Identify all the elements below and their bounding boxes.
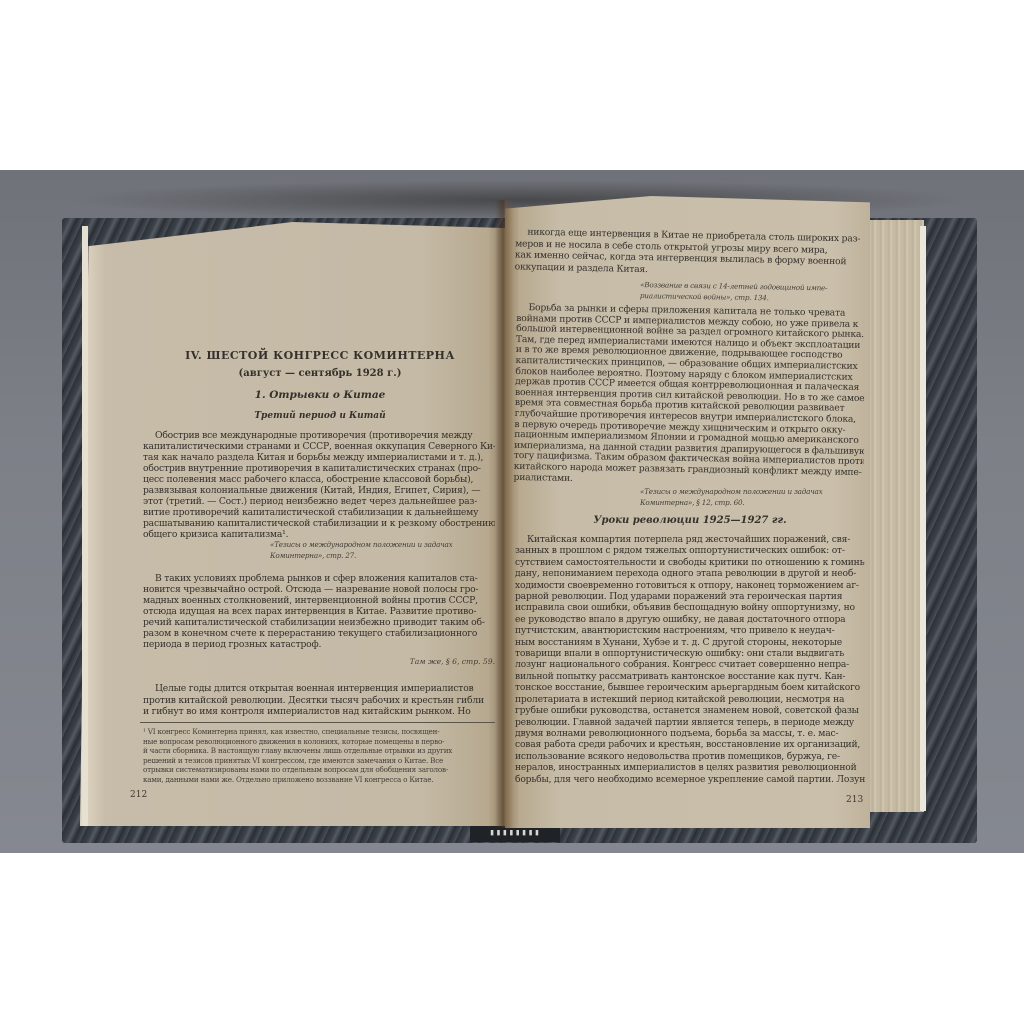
text-line: ные вопросам революционного движения в к… [143, 737, 495, 747]
text-line: ным восстаниям в Хунани, Хубэе и т. д. С… [515, 637, 865, 648]
text-line: революции. Главной задачей партии являет… [515, 717, 865, 728]
text-line: использование всякого недовольства проти… [515, 751, 865, 762]
text-line: Китайская компартия потерпела ряд жесточ… [515, 534, 865, 545]
text-line: сутствием самостоятельности и свободы кр… [515, 557, 865, 568]
text-line: вильной попытку рассматривать кантонское… [515, 671, 865, 682]
text-line: ками, данными нами же. Отдельно приложен… [143, 775, 495, 785]
text-line: витие противоречий капиталистической ста… [143, 507, 495, 518]
text-line: Коминтерна», § 12, стр. 60. [640, 498, 865, 509]
page-edge-highlight [920, 226, 926, 811]
text-line: разом в конечном счете к перерастанию те… [143, 628, 495, 639]
text-line: общего кризиса капитализма¹. [143, 529, 495, 540]
right-page-number: 213 [846, 795, 863, 805]
right-section-heading: Уроки революции 1925—1927 гг. [515, 514, 865, 527]
text-line: товарищи впали в оппортунистическую ошиб… [515, 648, 865, 659]
text-line: цесс полевения масс рабочего класса, обо… [143, 474, 495, 485]
left-page-number: 212 [130, 790, 147, 800]
text-line: «Тезисы о международном положении и зада… [640, 487, 865, 498]
left-page-edge [82, 226, 88, 826]
text-line: Коминтерна», стр. 27. [270, 551, 495, 562]
text-line: развязывая колониальные движения (Китай,… [143, 485, 495, 496]
text-line: й части сборника. В настоящую главу вклю… [143, 746, 495, 756]
text-line: ходимости своевременно готовиться к отпо… [515, 580, 865, 591]
text-line: ¹ VI конгресс Коминтерна принял, как изв… [143, 727, 495, 737]
text-line: капиталистическими странами и СССР, воен… [143, 441, 495, 452]
right-paragraph-3: Китайская компартия потерпела ряд жесточ… [515, 534, 865, 785]
text-line: совая работа среди рабочих и крестьян, в… [515, 739, 865, 750]
text-line: занных в прошлом с рядом тяжелых оппорту… [515, 545, 865, 556]
text-line: речий капиталистической стабилизации неи… [143, 617, 495, 628]
text-line: грубые ошибки руководства, останется зна… [515, 705, 865, 716]
text-line: решений и тезисов принятых VI конгрессом… [143, 756, 495, 766]
spine-label: ▮▮▮▮▮▮▮▮ [478, 827, 552, 839]
text-line: пролетариата в истекший период китайской… [515, 694, 865, 705]
right-paragraph-1: никогда еще интервенция в Китае не приоб… [515, 226, 866, 279]
footnote-rule [140, 722, 495, 723]
text-line: периода в период грозных катастроф. [143, 639, 495, 650]
chapter-heading: IV. ШЕСТОЙ КОНГРЕСС КОМИНТЕРНА [150, 349, 490, 362]
text-line: ее руководство впало в другую ошибку, не… [515, 614, 865, 625]
text-line: обострив внутренние противоречия в капит… [143, 463, 495, 474]
text-line: рарной революции. Под ударами поражений … [515, 591, 865, 602]
text-line: и гибнут во имя контроля империалистов н… [143, 706, 495, 718]
section-heading: 1. Отрывки о Китае [150, 389, 490, 402]
text-line: Целые годы длится открытая военная интер… [143, 683, 495, 695]
text-line: отсюда идущая на всех парах интервенция … [143, 606, 495, 617]
text-line: «Тезисы о международном положении и зада… [270, 540, 495, 551]
page-edges [862, 220, 924, 812]
text-line: расшатыванию капиталистической стабилиза… [143, 518, 495, 529]
right-citation-1: «Воззвание в связи с 14-летней годовщино… [640, 280, 865, 305]
text-line: этот (третий. — Сост.) период неизбежно … [143, 496, 495, 507]
left-paragraph-3: Целые годы длится открытая военная интер… [143, 683, 495, 718]
text-line: путчистским, авантюристским настроениям,… [515, 625, 865, 636]
text-line: исправила свои ошибки, объявив беспощадн… [515, 602, 865, 613]
left-paragraph-1: Обострив все международные противоречия … [143, 430, 495, 540]
chapter-dates: (август — сентябрь 1928 г.) [150, 367, 490, 380]
text-line: тонское восстание, бывшее героическим ар… [515, 682, 865, 693]
right-paragraph-2: Борьба за рынки и сферы приложения капит… [513, 303, 866, 489]
right-citation-2: «Тезисы о международном положении и зада… [640, 487, 865, 508]
text-line: отрывки систематизированы нами по отдель… [143, 765, 495, 775]
text-line: нералов, иностранных империалистов в цел… [515, 762, 865, 773]
left-paragraph-2: В таких условиях проблема рынков и сфер … [143, 573, 495, 650]
text-line: двумя волнами революционного подъема, бо… [515, 728, 865, 739]
subsection-heading: Третий период и Китай [150, 410, 490, 423]
text-line: лозунг национального собрания. Конгресс … [515, 659, 865, 670]
text-line: В таких условиях проблема рынков и сфер … [143, 573, 495, 584]
text-line: дану, непониманием перехода одного этапа… [515, 568, 865, 579]
text-line: тая как начало раздела Китая и борьбы ме… [143, 452, 495, 463]
book-gutter [495, 200, 513, 828]
text-line: борьбы, для чего необходимо всемерное ук… [515, 774, 865, 785]
text-line: мадных военных столкновений, интервенцио… [143, 595, 495, 606]
left-citation-1: «Тезисы о международном положении и зада… [270, 540, 495, 561]
text-line: Обострив все международные противоречия … [143, 430, 495, 441]
left-footnote: ¹ VI конгресс Коминтерна принял, как изв… [143, 727, 495, 785]
text-line: новится чрезвычайно острой. Отсюда — наз… [143, 584, 495, 595]
text-line: против китайской революции. Десятки тыся… [143, 695, 495, 707]
left-citation-2: Там же, § 6, стр. 59. [360, 657, 495, 668]
